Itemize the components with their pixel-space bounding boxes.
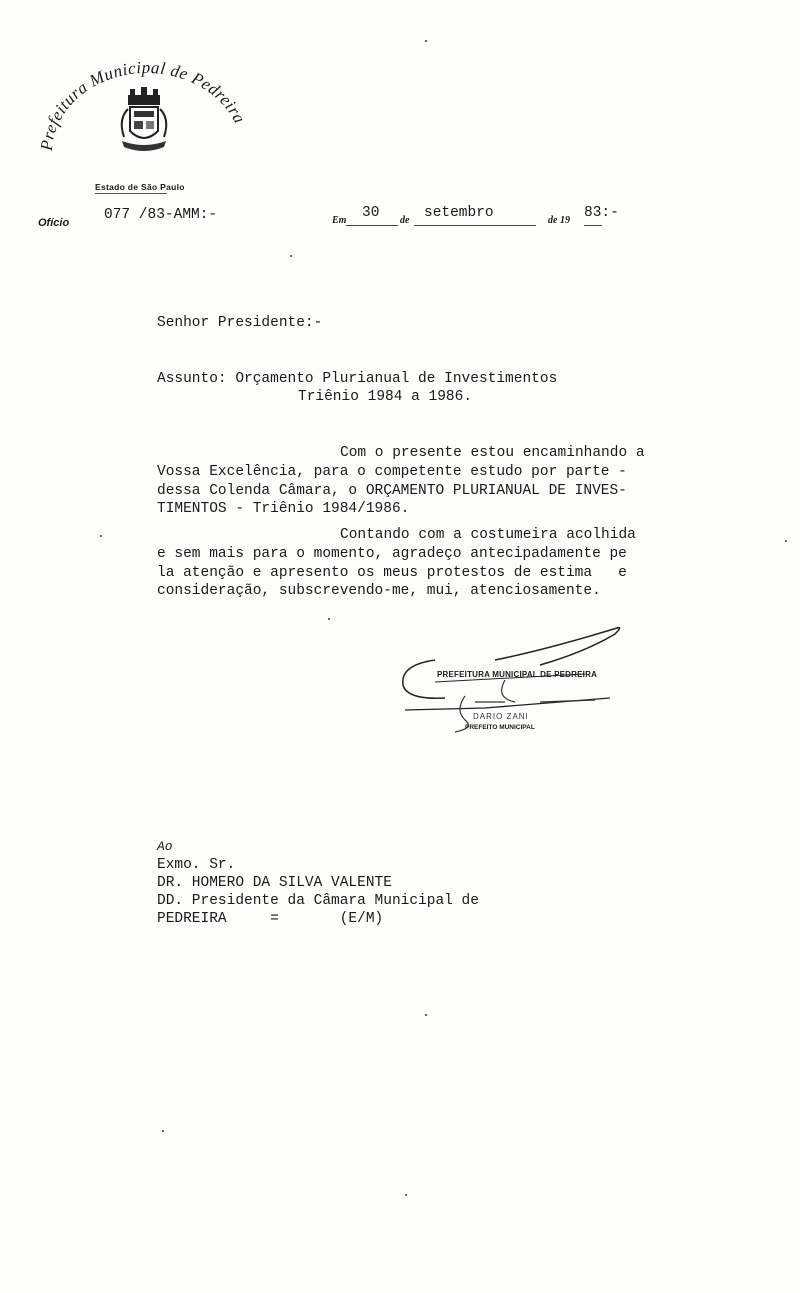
oficio-label: Ofício xyxy=(38,217,69,229)
signature-scribble-icon xyxy=(395,620,630,740)
body-p1-line-2: Vossa Excelência, para o competente estu… xyxy=(157,464,627,480)
subject-line-1: Assunto: Orçamento Plurianual de Investi… xyxy=(157,371,557,387)
scan-speck xyxy=(162,1130,164,1132)
date-prefix: Em xyxy=(332,215,346,226)
scan-speck xyxy=(405,1194,407,1196)
date-de-1: de xyxy=(400,215,409,226)
addressee-title: Exmo. Sr. xyxy=(157,857,235,873)
subject-line-2: Triênio 1984 a 1986. xyxy=(298,389,472,405)
day-underline xyxy=(346,225,398,226)
date-line: Em 30 de setembro de 19 83:- xyxy=(332,205,632,229)
body-p1-line-3: dessa Colenda Câmara, o ORÇAMENTO PLURIA… xyxy=(157,483,627,499)
body-p2-line-2: e sem mais para o momento, agradeço ante… xyxy=(157,546,627,562)
signature-block: PREFEITURA MUNICIPAL DE PEDREIRA DARIO Z… xyxy=(395,620,630,740)
scan-speck xyxy=(425,1014,427,1016)
addressee-ao: Ao xyxy=(157,839,173,854)
addressee-city: PEDREIRA = (E/M) xyxy=(157,911,383,927)
body-p1-line-1: Com o presente estou encaminhando a xyxy=(340,445,645,461)
body-p2-line-3: la atenção e apresento os meus protestos… xyxy=(157,565,627,581)
addressee-name: DR. HOMERO DA SILVA VALENTE xyxy=(157,875,392,891)
scan-speck xyxy=(290,255,292,257)
oficio-number: 077 /83-AMM:- xyxy=(104,207,217,223)
addressee-position: DD. Presidente da Câmara Municipal de xyxy=(157,893,479,909)
date-day: 30 xyxy=(362,205,379,221)
scan-speck xyxy=(785,540,787,542)
date-de-19: de 19 xyxy=(548,215,570,226)
signer-title: PREFEITO MUNICIPAL xyxy=(465,724,535,731)
signer-name: DARIO ZANI xyxy=(473,712,529,721)
body-p1-line-4: TIMENTOS - Triênio 1984/1986. xyxy=(157,501,409,517)
month-underline xyxy=(414,225,536,226)
stamp-institution: PREFEITURA MUNICIPAL DE PEDREIRA xyxy=(437,670,597,679)
date-month: setembro xyxy=(424,205,494,221)
scan-speck xyxy=(425,40,427,42)
coat-of-arms-icon: Prefeitura Municipal de Pedreira xyxy=(30,45,260,195)
letterhead-logo: Prefeitura Municipal de Pedreira xyxy=(30,45,260,195)
scan-speck xyxy=(100,535,102,537)
body-p2-line-4: consideração, subscrevendo-me, mui, aten… xyxy=(157,583,601,599)
state-name: Estado de São Paulo xyxy=(95,182,185,192)
state-underline xyxy=(95,193,167,194)
date-year: 83:- xyxy=(584,205,619,221)
body-p2-line-1: Contando com a costumeira acolhida xyxy=(340,527,636,543)
scan-speck xyxy=(328,618,330,620)
salutation: Senhor Presidente:- xyxy=(157,315,322,331)
year-underline xyxy=(584,225,602,226)
